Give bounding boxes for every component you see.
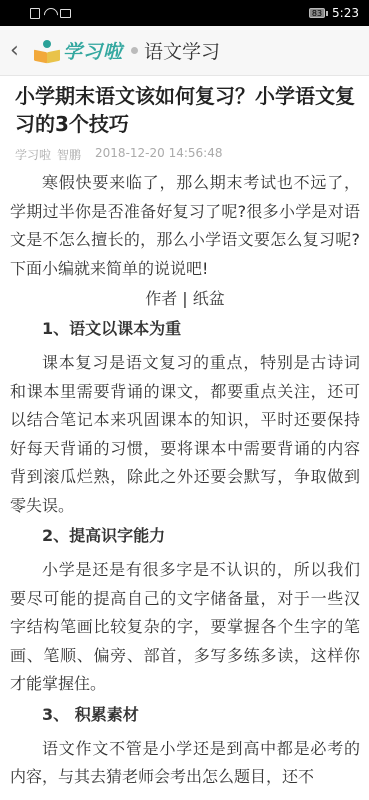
status-bar: 83 5:23 <box>0 0 369 26</box>
article-meta: 学习啦 智鹏 2018-12-20 14:56:48 <box>10 146 360 163</box>
separator-dot <box>131 47 138 54</box>
sim-alert-icon <box>30 8 40 19</box>
article-editor: 智鹏 <box>57 146 81 163</box>
intro-paragraph: 寒假快要来临了，那么期末考试也不远了，学期过半你是否准备好复习了呢?很多小学是对… <box>10 169 360 283</box>
section-name[interactable]: 语文学习 <box>144 37 220 64</box>
section-paragraph: 语文作文不管是小学还是到高中都是必考的内容，与其去猜老师会考出怎么题目，还不 <box>10 735 360 792</box>
article: 小学期末语文该如何复习？小学语文复习的3个技巧 学习啦 智鹏 2018-12-2… <box>0 76 369 792</box>
article-timestamp: 2018-12-20 14:56:48 <box>95 146 222 163</box>
section-paragraph: 小学是还是有很多字是不认识的，所以我们要尽可能的提高自己的文字储备量，对于一些汉… <box>10 556 360 699</box>
battery-level: 83 <box>309 8 325 18</box>
article-title: 小学期末语文该如何复习？小学语文复习的3个技巧 <box>10 82 360 138</box>
section-heading: 1、语文以课本为重 <box>10 315 360 343</box>
section-heading: 3、 积累素材 <box>10 701 360 729</box>
section-heading: 2、提高识字能力 <box>10 522 360 550</box>
wifi-icon <box>44 8 56 18</box>
article-author: 作者 | 纸盆 <box>10 285 360 313</box>
status-icons <box>30 8 71 19</box>
clock: 5:23 <box>332 6 359 20</box>
app-header: ‹ 学习啦 语文学习 <box>0 26 369 76</box>
logo-text: 学习啦 <box>63 37 123 64</box>
back-button[interactable]: ‹ <box>10 40 26 62</box>
battery-icon: 83 <box>309 8 328 18</box>
reading-child-icon <box>34 40 60 62</box>
mail-icon <box>60 9 71 18</box>
section-paragraph: 课本复习是语文复习的重点，特别是古诗词和课本里需要背诵的课文，都要重点关注，还可… <box>10 349 360 520</box>
article-source: 学习啦 <box>15 146 51 163</box>
site-logo[interactable]: 学习啦 <box>34 37 123 64</box>
